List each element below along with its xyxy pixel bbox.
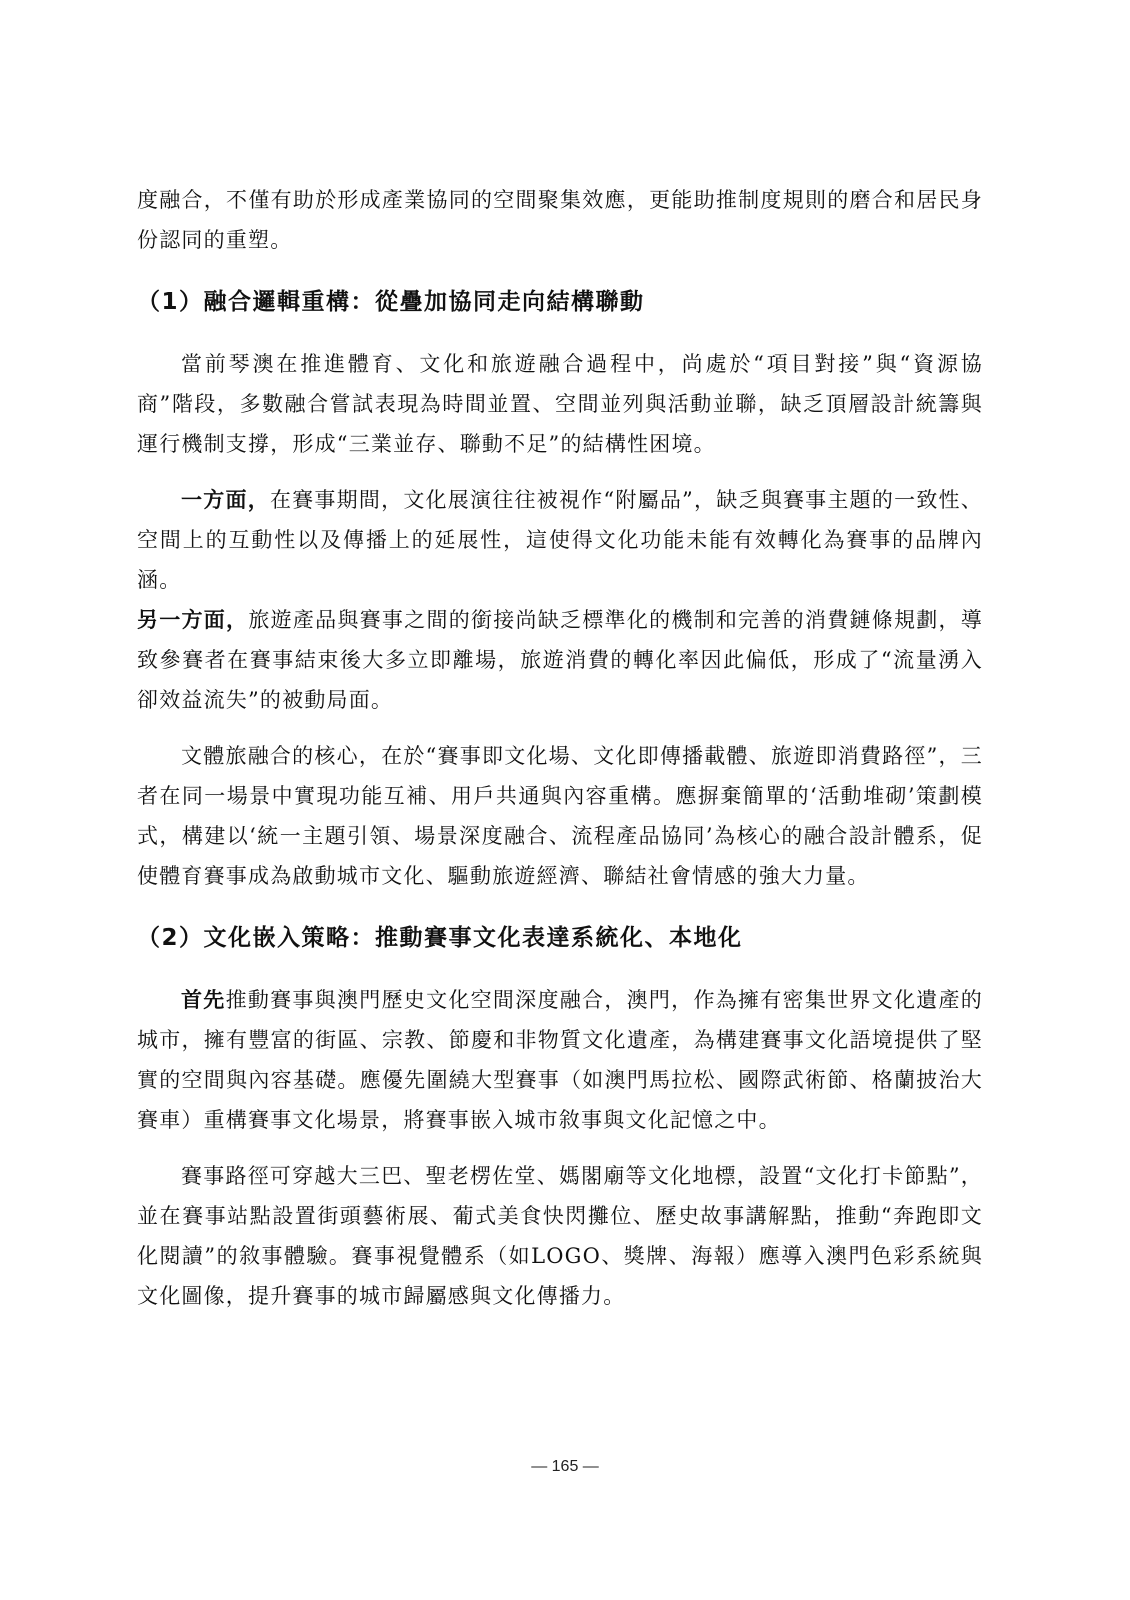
- section-2-paragraph-2: 賽事路徑可穿越大三巴、聖老楞佐堂、媽閣廟等文化地標，設置“文化打卡節點”，並在賽…: [137, 1156, 983, 1316]
- document-page: 度融合，不僅有助於形成產業協同的空間聚集效應，更能助推制度規則的磨合和居民身份認…: [137, 180, 983, 1316]
- section-2-paragraph-1: 首先推動賽事與澳門歷史文化空間深度融合，澳門，作為擁有密集世界文化遺產的城市，擁…: [137, 980, 983, 1140]
- section-2-paragraph-1-text: 推動賽事與澳門歷史文化空間深度融合，澳門，作為擁有密集世界文化遺產的城市，擁有豐…: [137, 988, 983, 1132]
- page-number: — 165 —: [0, 1458, 1130, 1476]
- section-1-paragraph-3: 文體旅融合的核心，在於“賽事即文化場、文化即傳播載體、旅遊即消費路徑”，三者在同…: [137, 736, 983, 896]
- emphasis-one-side: 一方面，: [181, 488, 270, 512]
- section-1-heading: （1）融合邏輯重構：從疊加協同走向結構聯動: [137, 282, 983, 322]
- section-2-heading: （2）文化嵌入策略：推動賽事文化表達系統化、本地化: [137, 918, 983, 958]
- intro-paragraph: 度融合，不僅有助於形成產業協同的空間聚集效應，更能助推制度規則的磨合和居民身份認…: [137, 180, 983, 260]
- emphasis-first: 首先: [181, 988, 226, 1012]
- emphasis-other-side: 另一方面，: [137, 608, 248, 632]
- section-1-paragraph-2: 一方面，在賽事期間，文化展演往往被視作“附屬品”，缺乏與賽事主題的一致性、空間上…: [137, 480, 983, 600]
- section-1-paragraph-2b: 另一方面，旅遊產品與賽事之間的銜接尚缺乏標準化的機制和完善的消費鏈條規劃，導致參…: [137, 600, 983, 720]
- paragraph-2b-text: 旅遊產品與賽事之間的銜接尚缺乏標準化的機制和完善的消費鏈條規劃，導致參賽者在賽事…: [137, 608, 983, 712]
- section-1-paragraph-1: 當前琴澳在推進體育、文化和旅遊融合過程中，尚處於“項目對接”與“資源協商”階段，…: [137, 344, 983, 464]
